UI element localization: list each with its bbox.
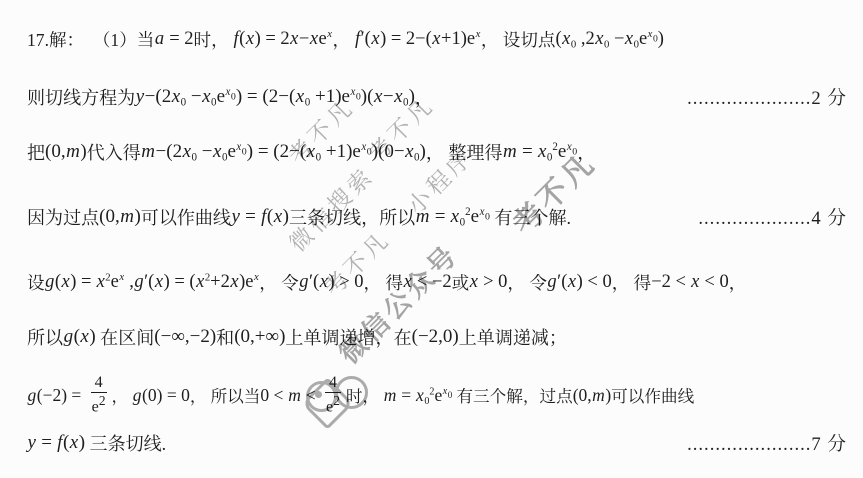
text-run: ， 得 xyxy=(612,270,652,295)
text-run: 可以作曲线 xyxy=(141,204,231,230)
document-page: 17.解： （1）当a = 2时， f(x) = 2x−xex， f′(x) =… xyxy=(0,0,863,478)
text-run: ， xyxy=(415,84,433,110)
fraction: 4e2 xyxy=(90,374,108,416)
text-run: ， 设切点 xyxy=(481,27,556,52)
score-mark: ......................2 分 xyxy=(687,84,847,110)
math-run: x < −2 xyxy=(403,272,452,293)
math-run: g′(x) < 0 xyxy=(547,272,612,293)
text-run: ， xyxy=(729,270,747,295)
text-run: 时， xyxy=(194,27,234,52)
text-run: ， 得 xyxy=(364,270,404,295)
math-run: g(−2) = xyxy=(27,385,86,406)
text-run: ， xyxy=(333,27,355,52)
text-run: ， xyxy=(577,139,595,165)
text-run: 因为过点 xyxy=(27,204,99,230)
solution-line: 把(0,m)代入得m−(2x0 −x0ex0) = (2−(x0 +1)ex0)… xyxy=(27,135,847,169)
text-run: 17.解： （1）当 xyxy=(27,27,154,52)
math-run: (0,+∞) xyxy=(234,326,285,348)
text-run: 时， xyxy=(346,383,383,407)
fraction-denominator: e2 xyxy=(90,393,108,416)
math-run: x > 0 xyxy=(469,272,507,293)
text-run: 三条切线，所以 xyxy=(289,204,415,230)
math-run: f′(x) = 2−(x+1)ex xyxy=(354,29,480,50)
text-run: 或 xyxy=(452,270,470,295)
math-run: (−2,0) xyxy=(412,326,459,348)
solution-line: 17.解： （1）当a = 2时， f(x) = 2x−xex， f′(x) =… xyxy=(27,22,847,56)
text-run: 设 xyxy=(27,270,45,295)
text-run: 所以 xyxy=(27,324,63,350)
text-run: ， 整理得 xyxy=(426,139,503,165)
text-run: 可以作曲线 xyxy=(611,383,694,407)
score-mark: ....................4 分 xyxy=(698,204,847,230)
math-run: m−(2x0 −x0ex0) = (2−(x0 +1)ex0)(0−x0) xyxy=(141,141,426,163)
solution-line: 则切线方程为y−(2x0 −x0ex0) = (2−(x0 +1)ex0)(x−… xyxy=(27,80,847,114)
text-run: 把 xyxy=(27,139,45,165)
math-run: g(x) xyxy=(63,326,96,348)
fraction-numerator: 4 xyxy=(325,374,341,393)
solution-line: g(−2) = 4e2， g(0) = 0， 所以当0 < m < 4e2时， … xyxy=(27,367,847,423)
math-run: (0,m) xyxy=(99,206,141,228)
text-run: 在区间 xyxy=(96,324,155,350)
math-run: g′(x) > 0 xyxy=(299,272,364,293)
text-run: ， 所以当 xyxy=(190,383,261,407)
score-mark: ......................7 分 xyxy=(687,430,847,456)
text-run: 和 xyxy=(216,324,234,350)
text-run: ， 令 xyxy=(259,270,299,295)
solution-line: 设g(x) = x2ex ,g′(x) = (x2+2x)ex， 令g′(x) … xyxy=(27,265,847,299)
text-run: 三条切线. xyxy=(85,430,166,456)
math-run: (0,m) xyxy=(573,385,611,406)
math-run: y = f(x) xyxy=(231,206,289,228)
math-run: (0,m) xyxy=(45,141,87,163)
text-run: 上单调递增，在 xyxy=(285,324,411,350)
math-run: m = x02ex0 xyxy=(502,141,577,163)
text-run: ， xyxy=(112,383,133,407)
math-run: m = x02ex0 xyxy=(383,385,452,406)
fraction-denominator: e2 xyxy=(324,393,342,416)
solution-content: 17.解： （1）当a = 2时， f(x) = 2x−xex， f′(x) =… xyxy=(0,0,863,478)
math-run: (−∞,−2) xyxy=(154,326,216,348)
math-run: −2 < x < 0 xyxy=(651,272,729,293)
math-run: y = f(x) xyxy=(27,432,85,454)
math-run: m = x02ex0 xyxy=(415,206,490,228)
text-run: 有三个解，过点 xyxy=(452,383,572,407)
math-run: y−(2x0 −x0ex0) = (2−(x0 +1)ex0)(x−x0) xyxy=(135,86,415,108)
math-run: a = 2 xyxy=(154,29,193,50)
fraction: 4e2 xyxy=(324,374,342,416)
math-run: g(x) = x2ex ,g′(x) = (x2+2x)ex xyxy=(45,272,260,293)
fraction-numerator: 4 xyxy=(91,374,107,393)
text-run: 代入得 xyxy=(87,139,141,165)
solution-line: y = f(x) 三条切线.......................7 分 xyxy=(27,426,847,460)
math-run: f(x) = 2x−xex xyxy=(233,29,333,50)
math-run: g(0) = 0 xyxy=(132,385,190,406)
text-run: 则切线方程为 xyxy=(27,84,135,110)
text-run: 有三个解. xyxy=(490,204,580,230)
text-run: ， 令 xyxy=(507,270,547,295)
math-run: (x0 ,2x0 −x0ex0) xyxy=(555,29,663,50)
solution-line: 因为过点(0,m)可以作曲线y = f(x)三条切线，所以m = x02ex0 … xyxy=(27,200,847,234)
text-run: 上单调递减； xyxy=(459,324,567,350)
solution-line: 所以g(x) 在区间(−∞,−2)和(0,+∞)上单调递增，在(−2,0)上单调… xyxy=(27,320,847,354)
math-run: 0 < m < xyxy=(260,385,320,406)
